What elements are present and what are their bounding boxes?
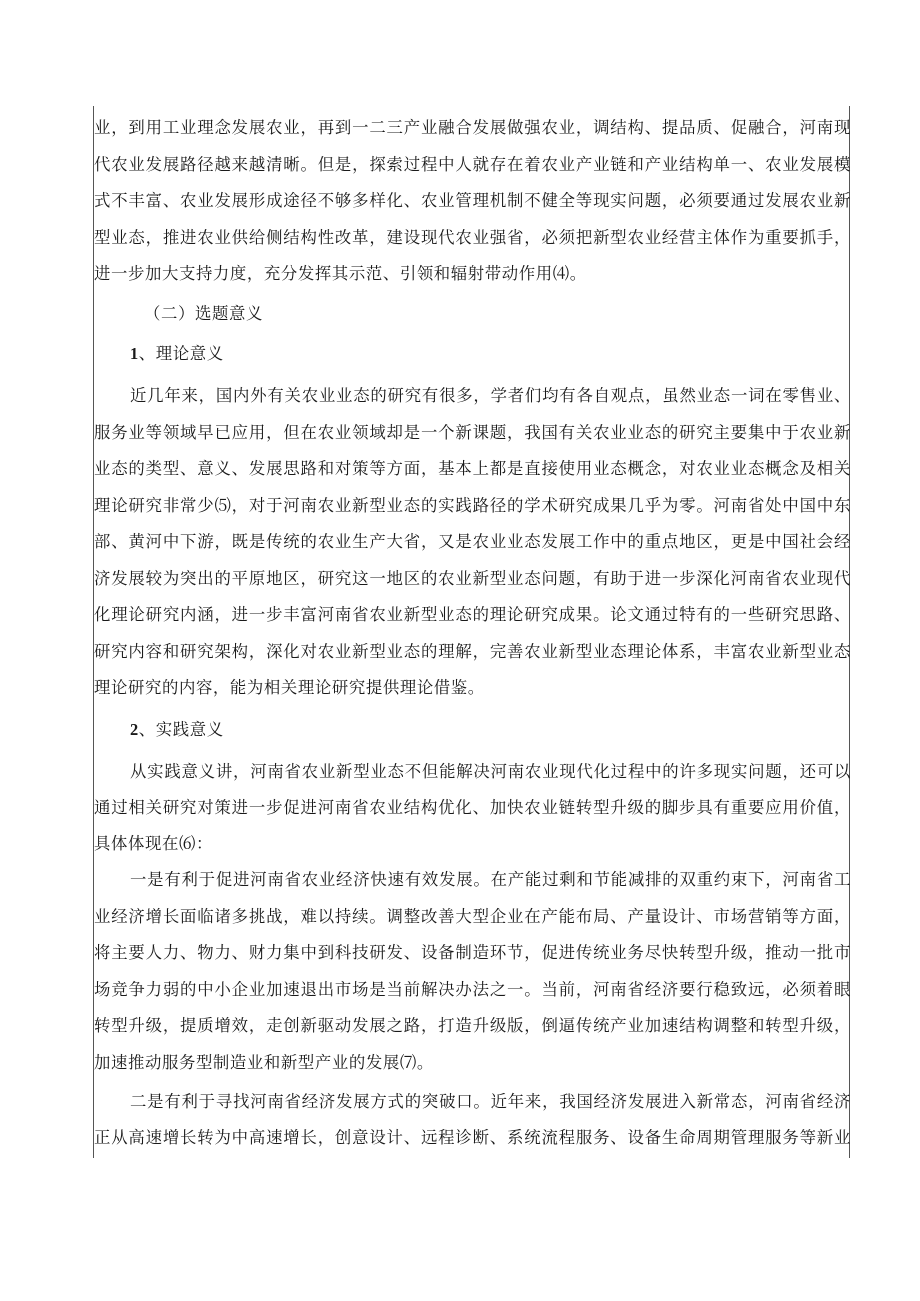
paragraph-line: 式不丰富、农业发展形成途径不够多样化、农业管理机制不健全等现实问题，必须要通过发…	[94, 183, 851, 219]
paragraph-line: 型业态，推进农业供给侧结构性改革，建设现代农业强省，必须把新型农业经营主体作为重…	[94, 220, 851, 256]
paragraph-line: 业经济增长面临诸多挑战，难以持续。调整改善大型企业在产能布局、产量设计、市场营销…	[94, 899, 851, 935]
paragraph-line: 进一步加大支持力度，充分发挥其示范、引领和辐射带动作用⑷。	[94, 256, 851, 292]
paragraph-line: 化理论研究内涵，进一步丰富河南省农业新型业态的理论研究成果。论文通过特有的一些研…	[94, 597, 851, 633]
paragraph-line: 一是有利于促进河南省农业经济快速有效发展。在产能过剩和节能减排的双重约束下，河南…	[94, 862, 851, 898]
section-heading: （二）选题意义	[94, 296, 851, 332]
document-page-frame: 业，到用工业理念发展农业，再到一二三产业融合发展做强农业，调结构、提品质、促融合…	[93, 106, 850, 1158]
paragraph-line: 业，到用工业理念发展农业，再到一二三产业融合发展做强农业，调结构、提品质、促融合…	[94, 110, 851, 146]
subsection-heading-practice: 2、实践意义	[94, 712, 851, 748]
paragraph-line: 场竞争力弱的中小企业加速退出市场是当前解决办法之一。当前，河南省经济要行稳致远，…	[94, 972, 851, 1008]
paragraph-line: 从实践意义讲，河南省农业新型业态不但能解决河南农业现代化过程中的许多现实问题，还…	[94, 754, 851, 790]
paragraph-line: 理论研究非常少⑸，对于河南农业新型业态的实践路径的学术研究成果几乎为零。河南省处…	[94, 488, 851, 524]
subsection-title: 、理论意义	[139, 344, 224, 363]
subsection-heading-theory: 1、理论意义	[94, 336, 851, 372]
paragraph-line: 正从高速增长转为中高速增长，创意设计、远程诊断、系统流程服务、设备生命周期管理服…	[94, 1120, 851, 1156]
paragraph-line: 服务业等领域早已应用，但在农业领域却是一个新课题，我国有关农业业态的研究主要集中…	[94, 415, 851, 451]
paragraph-line: 二是有利于寻找河南省经济发展方式的突破口。近年来，我国经济发展进入新常态，河南省…	[94, 1084, 851, 1120]
paragraph-line: 近几年来，国内外有关农业业态的研究有很多，学者们均有各自观点，虽然业态一词在零售…	[94, 378, 851, 414]
paragraph-line: 代农业发展路径越来越清晰。但是，探索过程中人就存在着农业产业链和产业结构单一、农…	[94, 147, 851, 183]
paragraph-line: 通过相关研究对策进一步促进河南省农业结构优化、加快农业链转型升级的脚步具有重要应…	[94, 790, 851, 826]
paragraph-line: 理论研究的内容，能为相关理论研究提供理论借鉴。	[94, 670, 851, 706]
paragraph-line: 将主要人力、物力、财力集中到科技研发、设备制造环节，促进传统业务尽快转型升级，推…	[94, 935, 851, 971]
paragraph-line: 具体体现在⑹：	[94, 826, 851, 862]
paragraph-line: 部、黄河中下游，既是传统的农业生产大省，又是农业业态发展工作中的重点地区，更是中…	[94, 524, 851, 560]
paragraph-line: 研究内容和研究架构，深化对农业新型业态的理解，完善农业新型业态理论体系，丰富农业…	[94, 634, 851, 670]
subsection-number: 2	[130, 720, 139, 739]
subsection-number: 1	[130, 344, 139, 363]
paragraph-line: 业态的类型、意义、发展思路和对策等方面，基本上都是直接使用业态概念，对农业业态概…	[94, 451, 851, 487]
paragraph-line: 济发展较为突出的平原地区，研究这一地区的农业新型业态问题，有助于进一步深化河南省…	[94, 561, 851, 597]
subsection-title: 、实践意义	[139, 720, 224, 739]
paragraph-line: 加速推动服务型制造业和新型产业的发展⑺。	[94, 1045, 851, 1081]
paragraph-line: 转型升级，提质增效，走创新驱动发展之路，打造升级版，倒逼传统产业加速结构调整和转…	[94, 1008, 851, 1044]
